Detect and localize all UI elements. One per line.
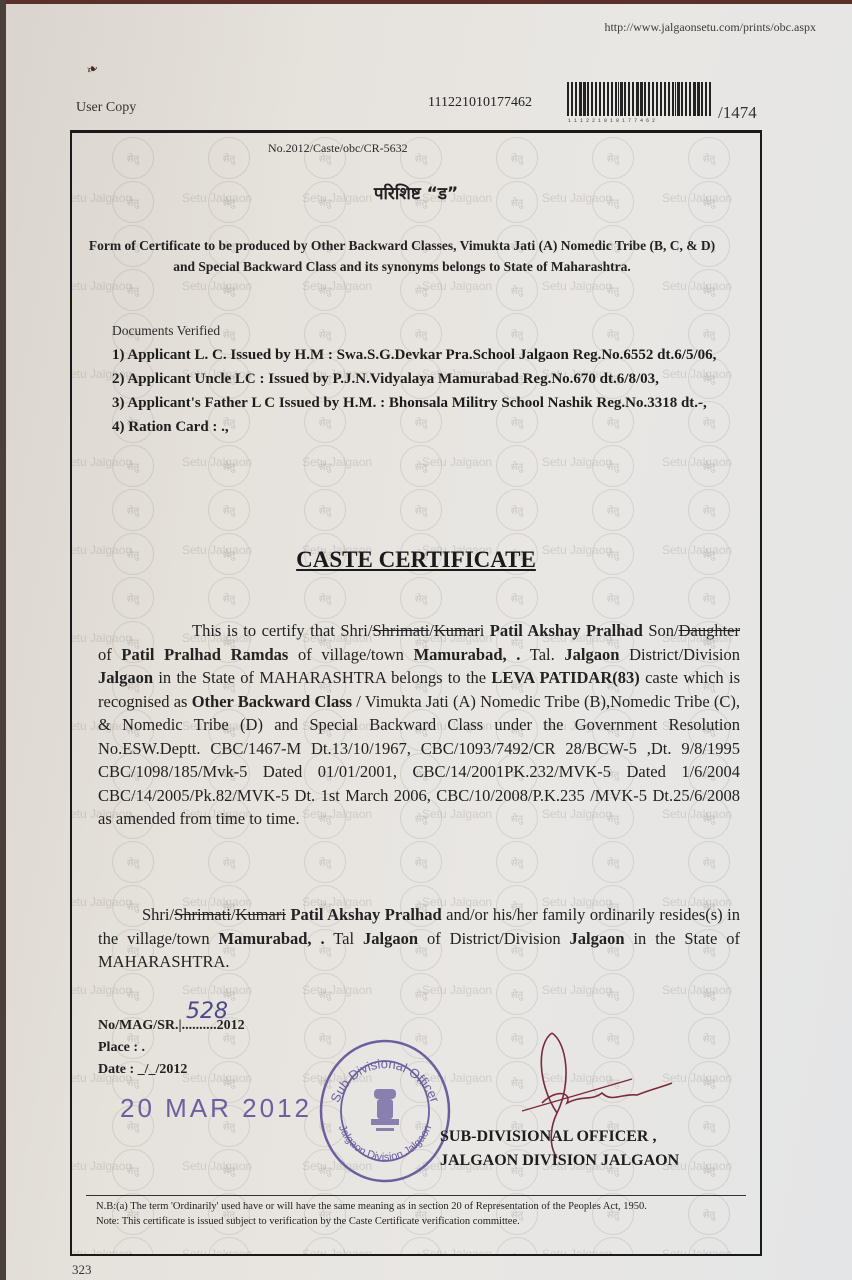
- document-item: 4) Ration Card : .,: [112, 415, 752, 439]
- district: Jalgaon: [98, 668, 153, 687]
- text: / Vimukta Jati (A) Nomedic Tribe (B),Nom…: [98, 692, 740, 829]
- footnotes: N.B:(a) The term 'Ordinarily' used have …: [96, 1199, 736, 1229]
- barcode-icon: [566, 82, 712, 116]
- caste: LEVA PATIDAR(83): [491, 668, 639, 687]
- officer-title: SUB-DIVISIONAL OFFICER ,: [440, 1125, 679, 1149]
- issue-number: No/MAG/SR.|..........2012: [98, 1015, 245, 1037]
- barcode-suffix: /1474: [718, 103, 757, 123]
- village: Mamurabad, .: [219, 929, 325, 948]
- footnote-note: Note: This certificate is issued subject…: [96, 1214, 736, 1229]
- text: Son/: [643, 621, 679, 640]
- issue-date: Date : _/_/2012: [98, 1059, 245, 1081]
- appendix-title: परिशिष्ट “ड”: [72, 181, 760, 204]
- footer-divider: [86, 1195, 746, 1196]
- documents-verified: Documents Verified 1) Applicant L. C. Is…: [112, 323, 752, 439]
- struck-text: Shrimati: [372, 621, 429, 640]
- document-item: 2) Applicant Uncle LC : Issued by P.J.N.…: [112, 367, 752, 391]
- text: Shri/: [142, 905, 174, 924]
- category: Other Backward Class: [192, 692, 352, 711]
- state: MAHARASHTRA: [259, 668, 386, 687]
- issue-details: No/MAG/SR.|..........2012 Place : . Date…: [98, 1015, 245, 1081]
- print-url: http://www.jalgaonsetu.com/prints/obc.as…: [604, 20, 816, 35]
- user-copy-label: User Copy: [76, 100, 136, 116]
- text: of village/town: [288, 645, 413, 664]
- text: District/Division: [619, 645, 740, 664]
- official-seal-icon: Sub Divisional Officer Jalgaon Division …: [316, 1033, 454, 1183]
- text: of: [98, 645, 121, 664]
- father-name: Patil Pralhad Ramdas: [121, 645, 288, 664]
- officer-division: JALGAON DIVISION JALGAON: [440, 1149, 679, 1173]
- form-description: Form of Certificate to be produced by Ot…: [82, 235, 722, 277]
- serial-number: 111221010177462: [428, 95, 532, 111]
- text: of District/Division: [418, 929, 569, 948]
- residence-paragraph: Shri/Shrimati/Kumari Patil Akshay Pralha…: [98, 903, 740, 974]
- officer-designation: SUB-DIVISIONAL OFFICER , JALGAON DIVISIO…: [440, 1125, 679, 1173]
- reference-number: No.2012/Caste/obc/CR-5632: [268, 141, 408, 156]
- footnote-nb: N.B:(a) The term 'Ordinarily' used have …: [96, 1199, 736, 1214]
- certification-paragraph: This is to certify that Shri/Shrimati/Ku…: [98, 619, 740, 831]
- ink-mark: ❧: [84, 61, 98, 76]
- text: Tal: [325, 929, 363, 948]
- date-stamp: 20 MAR 2012: [120, 1093, 312, 1124]
- taluka: Jalgaon: [564, 645, 619, 664]
- struck-text: Daughter: [679, 621, 740, 640]
- struck-text: Kumar: [434, 621, 480, 640]
- text: i: [480, 621, 485, 640]
- photo-edge-left: [0, 0, 6, 1280]
- taluka: Jalgaon: [363, 929, 418, 948]
- struck-text: Shrimati: [174, 905, 231, 924]
- struck-text: Kumari: [236, 905, 286, 924]
- issue-place: Place : .: [98, 1037, 245, 1059]
- document-item: 3) Applicant's Father L C Issued by H.M.…: [112, 391, 752, 415]
- text: belongs to the: [386, 668, 492, 687]
- text: This is to certify that Shri/: [192, 621, 372, 640]
- certificate-frame: सेतुसेतुसेतुसेतुसेतुसेतुसेतुSetu Jalgaon…: [70, 130, 762, 1256]
- document-item: 1) Applicant L. C. Issued by H.M : Swa.S…: [112, 343, 752, 367]
- applicant-name: Patil Akshay Pralhad: [490, 621, 643, 640]
- page-number: 323: [72, 1262, 92, 1278]
- village: Mamurabad, .: [414, 645, 521, 664]
- photo-edge-top: [0, 0, 852, 4]
- applicant-name: Patil Akshay Pralhad: [290, 905, 441, 924]
- documents-verified-heading: Documents Verified: [112, 323, 752, 339]
- certificate-title: CASTE CERTIFICATE: [72, 547, 760, 573]
- barcode-digits: 111221010177462: [568, 118, 658, 124]
- text: in the State of: [153, 668, 259, 687]
- text: Tal.: [520, 645, 564, 664]
- district: Jalgaon: [570, 929, 625, 948]
